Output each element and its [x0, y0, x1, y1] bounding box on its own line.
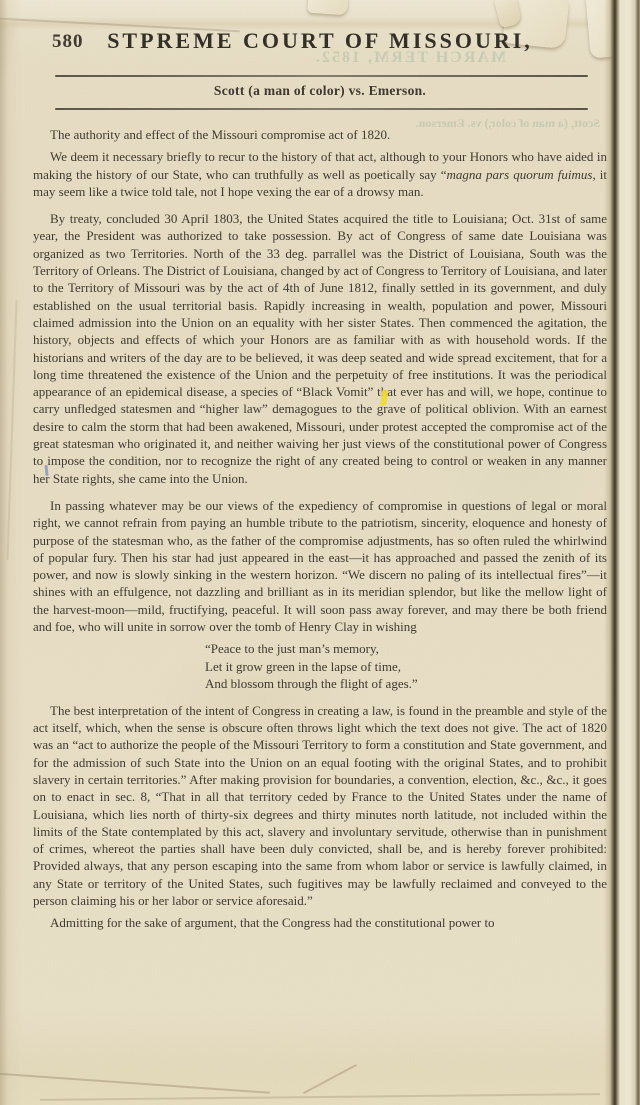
text-run: The authority and effect of the Missouri…: [50, 127, 390, 142]
crease-line: [0, 1072, 270, 1094]
italic-phrase: magna pars quorum fuimus: [447, 167, 593, 182]
poem-line: Let it grow green in the lapse of time,: [205, 658, 607, 676]
running-title: STPREME COURT OF MISSOURI,: [60, 28, 580, 54]
text-run: In passing whatever may be our views of …: [33, 498, 607, 634]
text-run: The best interpretation of the intent of…: [33, 703, 607, 908]
crease-line: [303, 1064, 357, 1094]
tape-flap: [307, 0, 348, 15]
text-run: By treaty, concluded 30 April 1803, the …: [33, 211, 607, 485]
scanned-page: MARCH TERM, 1852. Scott, (a man of color…: [0, 0, 640, 1105]
paragraph: By treaty, concluded 30 April 1803, the …: [33, 210, 607, 487]
body-text: The authority and effect of the Missouri…: [33, 126, 607, 937]
poem-block: “Peace to the just man’s memory,Let it g…: [205, 640, 607, 693]
page-left-edge: [0, 0, 22, 1105]
poem-line: “Peace to the just man’s memory,: [205, 640, 607, 658]
paragraph: The best interpretation of the intent of…: [33, 702, 607, 910]
paragraph: Admitting for the sake of argument, that…: [33, 914, 607, 931]
horizontal-rule: [55, 108, 588, 110]
horizontal-rule: [55, 75, 588, 77]
book-gutter-edge: [604, 0, 640, 1105]
poem-line: And blossom through the flight of ages.”: [205, 675, 607, 693]
crease-line: [40, 1093, 600, 1101]
paragraph: The authority and effect of the Missouri…: [33, 126, 607, 143]
case-caption: Scott (a man of color) vs. Emerson.: [60, 83, 580, 99]
paragraph: In passing whatever may be our views of …: [33, 497, 607, 635]
paragraph: We deem it necessary briefly to recur to…: [33, 148, 607, 200]
text-run: Admitting for the sake of argument, that…: [50, 915, 495, 930]
